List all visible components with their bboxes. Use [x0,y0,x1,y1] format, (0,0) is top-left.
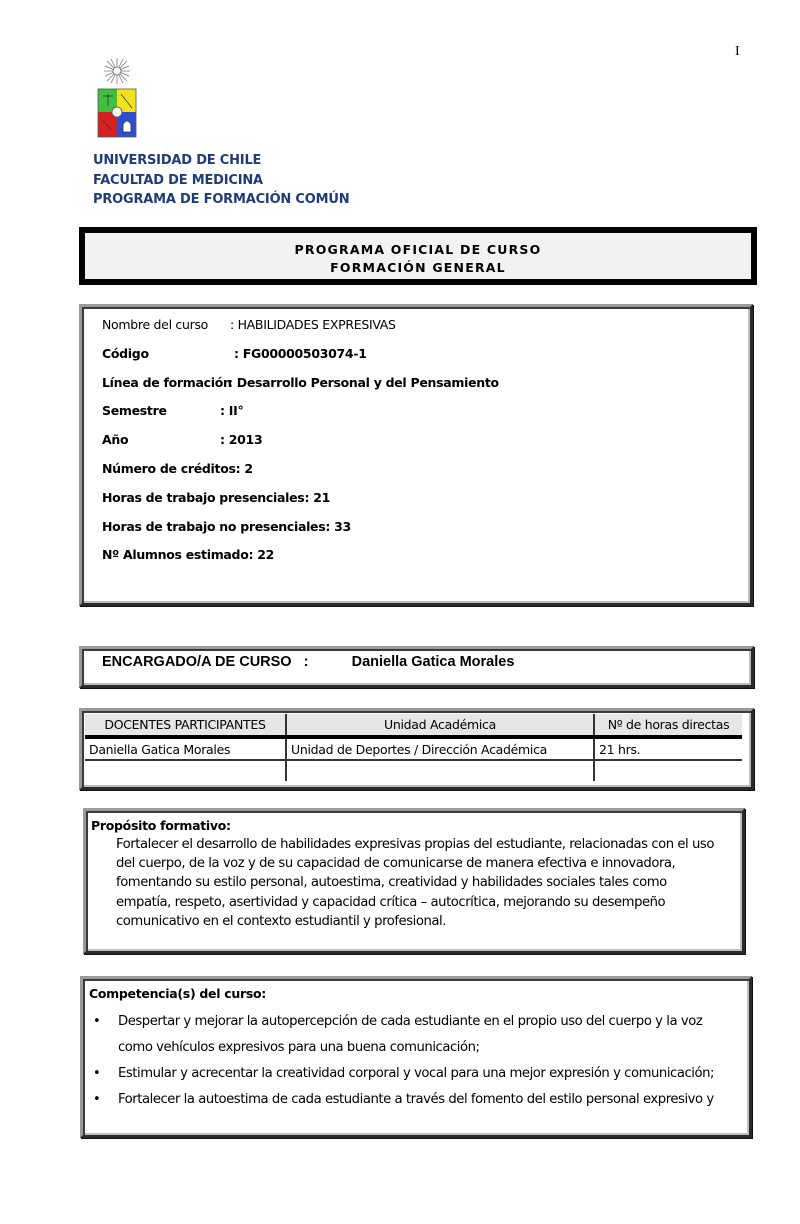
credits-row: Número de créditos: 2 [102,459,750,488]
competencies-box: Competencia(s) del curso: • Despertar y … [80,976,752,1138]
course-name-value: : HABILIDADES EXPRESIVAS [230,317,396,332]
header-academic-unit: Unidad Académica [286,714,594,737]
year-row: Año: 2013 [102,430,750,459]
course-info-box: Nombre del curso: HABILIDADES EXPRESIVAS… [79,304,753,606]
training-line-row: Línea de formación: Desarrollo Personal … [102,373,750,402]
course-lead-box: ENCARGADO/A DE CURSO:Daniella Gatica Mor… [79,646,754,688]
purpose-line: del cuerpo, de la voz y de su capacidad … [116,854,736,873]
list-item: • Despertar y mejorar la autopercepción … [89,1009,743,1061]
remote-hours-row: Horas de trabajo no presenciales: 33 [102,517,750,546]
training-line-value: : Desarrollo Personal y del Pensamiento [228,375,499,390]
academic-unit-cell: Unidad de Deportes / Dirección Académica [286,737,594,760]
competency-line: Estimular y acrecentar la creatividad co… [118,1061,743,1087]
header-teachers: DOCENTES PARTICIPANTES [85,714,286,737]
university-name: UNIVERSIDAD DE CHILE [93,151,349,171]
faculty-name: FACULTAD DE MEDICINA [93,171,349,191]
course-name-label: Nombre del curso [102,315,230,335]
purpose-line: empatía, respeto, asertividad y capacida… [116,893,736,912]
list-item: • Fortalecer la autoestima de cada estud… [89,1087,743,1113]
purpose-line: Fortalecer el desarrollo de habilidades … [116,835,736,854]
course-code-label: Código [102,344,234,364]
teachers-table: DOCENTES PARTICIPANTES Unidad Académica … [85,714,742,781]
bullet-icon: • [93,1009,100,1035]
document-subtitle: FORMACIÓN GENERAL [85,259,751,277]
purpose-line: comunicativo en el contexto estudiantil … [116,912,736,931]
course-code-value: : FG00000503074-1 [234,346,367,361]
competencies-list: • Despertar y mejorar la autopercepción … [89,1009,743,1113]
page-number: I [735,44,740,60]
competencies-title: Competencia(s) del curso: [89,985,743,1003]
header-direct-hours: Nº de horas directas [594,714,742,737]
competency-line: como vehículos expresivos para una buena… [118,1035,743,1061]
list-item: • Estimular y acrecentar la creatividad … [89,1061,743,1087]
semester-row: Semestre: II° [102,401,750,430]
course-lead: ENCARGADO/A DE CURSO:Daniella Gatica Mor… [102,654,751,670]
table-row: Daniella Gatica Morales Unidad de Deport… [85,737,742,760]
training-line-label: Línea de formación [102,373,228,393]
direct-hours-cell [594,760,742,781]
program-name: PROGRAMA DE FORMACIÓN COMÚN [93,190,349,210]
bullet-icon: • [93,1061,100,1087]
course-lead-label: ENCARGADO/A DE CURSO [102,654,292,670]
year-label: Año [102,430,220,450]
purpose-line: fomentando su estilo personal, autoestim… [116,873,736,892]
year-value: : 2013 [220,432,262,447]
table-row [85,760,742,781]
formative-purpose-text: Fortalecer el desarrollo de habilidades … [91,835,736,931]
course-lead-name: Daniella Gatica Morales [352,654,515,670]
teachers-table-box: DOCENTES PARTICIPANTES Unidad Académica … [79,708,754,790]
formative-purpose-title: Propósito formativo: [91,817,736,835]
teacher-name-cell [85,760,286,781]
semester-value: : II° [220,403,243,418]
competency-line: Fortalecer la autoestima de cada estudia… [118,1087,743,1113]
course-lead-separator: : [292,654,352,670]
academic-unit-cell [286,760,594,781]
document-title: PROGRAMA OFICIAL DE CURSO [85,241,751,259]
formative-purpose-box: Propósito formativo: Fortalecer el desar… [83,808,745,954]
institution-header: UNIVERSIDAD DE CHILE FACULTAD DE MEDICIN… [93,151,349,210]
competency-line: Despertar y mejorar la autopercepción de… [118,1009,743,1035]
direct-hours-cell: 21 hrs. [594,737,742,760]
bullet-icon: • [93,1087,100,1113]
semester-label: Semestre [102,401,220,421]
estimated-students-row: Nº Alumnos estimado: 22 [102,545,750,574]
course-name-row: Nombre del curso: HABILIDADES EXPRESIVAS [102,315,750,344]
in-person-hours-row: Horas de trabajo presenciales: 21 [102,488,750,517]
teacher-name-cell: Daniella Gatica Morales [85,737,286,760]
table-header-row: DOCENTES PARTICIPANTES Unidad Académica … [85,714,742,737]
document-title-box: PROGRAMA OFICIAL DE CURSO FORMACIÓN GENE… [79,227,757,285]
course-code-row: Código: FG00000503074-1 [102,344,750,373]
university-crest-icon [96,56,138,140]
